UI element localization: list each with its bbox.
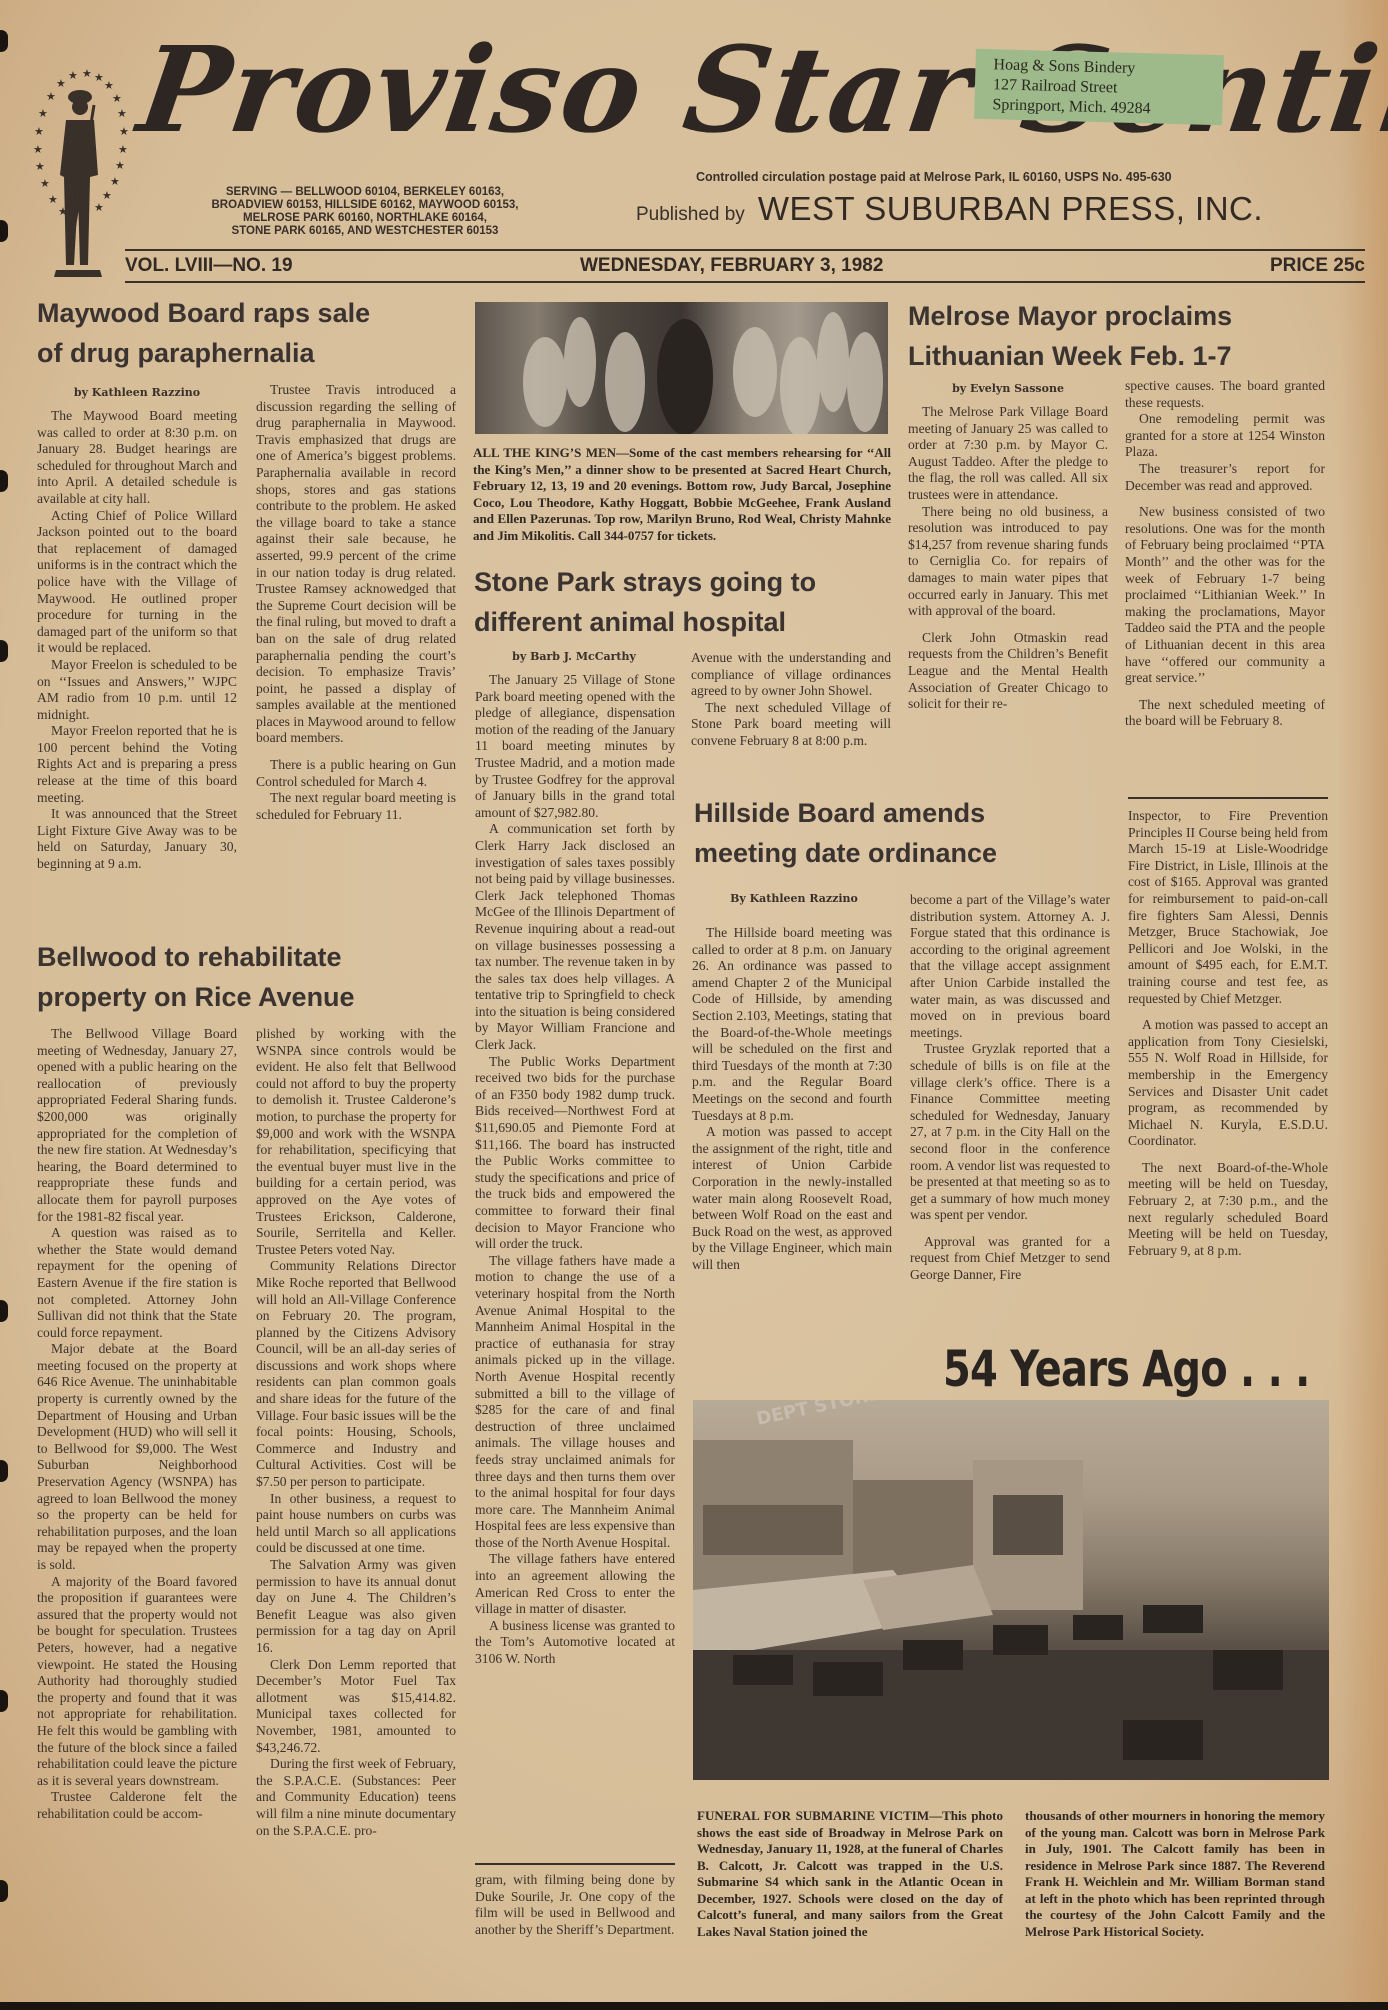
paragraph: The treasurer’s report for December was … [1125,461,1325,494]
paragraph: It was announced that the Street Light F… [37,806,237,872]
paragraph: A motion was passed to accept the assign… [692,1124,892,1273]
dateline: VOL. LVIII—NO. 19 WEDNESDAY, FEBRUARY 3,… [125,255,1365,281]
punch-hole [0,30,8,52]
paragraph: Acting Chief of Police Willard Jackson p… [37,508,237,657]
publisher-line: Published by WEST SUBURBAN PRESS, INC. [636,190,1336,228]
svg-text:★: ★ [117,107,127,120]
headline-line: of drug paraphernalia [37,333,457,373]
article-column: The Maywood Board meeting was called to … [37,408,237,873]
punch-hole [0,1300,8,1322]
article-column: become a part of the Village’s water dis… [910,892,1110,1284]
headline-line: meeting date ordinance [694,833,1114,873]
article-column: The Bellwood Village Board meeting of We… [37,1026,237,1823]
article-column: Trustee Travis introduced a discussion r… [256,382,456,823]
punch-hole [0,220,8,242]
article-column: The January 25 Village of Stone Park boa… [475,672,675,1668]
paragraph: Major debate at the Board meeting focuse… [37,1341,237,1573]
paragraph: There being no old business, a resolutio… [908,504,1108,620]
paragraph: Clerk Don Lemm reported that December’s … [256,1657,456,1757]
article-column: Avenue with the understanding and compli… [691,650,891,750]
punch-hole [0,1460,8,1482]
headline-line: property on Rice Avenue [37,977,457,1017]
published-by-label: Published by [636,204,745,225]
headline-line: Maywood Board raps sale [37,293,457,333]
headline: Melrose Mayor proclaims Lithuanian Week … [908,296,1348,376]
paragraph: During the first week of February, the S… [256,1756,456,1839]
svg-text:★: ★ [110,175,120,188]
svg-text:★: ★ [82,67,92,80]
paragraph: The next regular board meeting is schedu… [256,790,456,823]
svg-text:★: ★ [118,143,128,156]
headline-line: Bellwood to rehabilitate [37,937,457,977]
paragraph: Community Relations Director Mike Roche … [256,1258,456,1490]
serving-line: BROADVIEW 60153, HILLSIDE 60162, MAYWOOD… [180,199,550,212]
svg-text:★: ★ [56,77,66,90]
svg-text:★: ★ [33,143,43,156]
punch-hole [0,470,8,492]
paragraph: A question was raised as to whether the … [37,1225,237,1341]
paragraph: The January 25 Village of Stone Park boa… [475,672,675,821]
article-column: The Hillside board meeting was called to… [692,925,892,1273]
paragraph: The Bellwood Village Board meeting of We… [37,1026,237,1225]
headline-line: Melrose Mayor proclaims [908,296,1348,336]
byline: By Kathleen Razzino [694,892,894,905]
paragraph: The village fathers have entered into an… [475,1551,675,1617]
paragraph: The Public Works Department received two… [475,1054,675,1253]
issue-date: WEDNESDAY, FEBRUARY 3, 1982 [580,255,883,277]
serving-line: SERVING — BELLWOOD 60104, BERKELEY 60163… [180,186,550,199]
paragraph: Mayor Freelon reported that he is 100 pe… [37,723,237,806]
svg-text:★: ★ [115,159,125,172]
byline: by Evelyn Sassone [908,382,1108,395]
punch-hole [0,640,8,662]
serving-line: MELROSE PARK 60160, NORTHLAKE 60164, [180,212,550,225]
column-jump-rule [1128,797,1328,799]
paragraph: The Hillside board meeting was called to… [692,925,892,1124]
svg-text:★: ★ [40,177,50,190]
svg-text:★: ★ [34,125,44,138]
headline: Hillside Board amends meeting date ordin… [694,793,1114,873]
svg-text:★: ★ [68,69,78,82]
headline: Bellwood to rehabilitate property on Ric… [37,937,457,1017]
paragraph: Avenue with the understanding and compli… [691,650,891,700]
svg-text:★: ★ [46,90,56,103]
mailing-label-line: Springport, Mich. 49284 [992,95,1204,121]
svg-text:★: ★ [104,79,114,92]
page-bottom-edge [0,2002,1388,2010]
store-sign: DEPT STORE [755,1400,882,1430]
masthead-rule-bottom [125,281,1365,283]
serving-areas: SERVING — BELLWOOD 60104, BERKELEY 60163… [180,186,550,238]
feature-headline: 54 Years Ago . . . [943,1340,1310,1398]
paragraph: become a part of the Village’s water dis… [910,892,1110,1041]
photo-caption-right: thousands of other mourners in honoring … [1025,1808,1325,1940]
svg-text:★: ★ [48,193,58,206]
byline: by Barb J. McCarthy [474,650,674,663]
serving-line: STONE PARK 60165, AND WESTCHESTER 60153 [180,225,550,238]
headline-line: Lithuanian Week Feb. 1-7 [908,336,1348,376]
punch-hole [0,1690,8,1712]
volume-number: VOL. LVIII—NO. 19 [125,255,293,277]
paragraph: plished by working with the WSNPA since … [256,1026,456,1258]
paragraph: A motion was passed to accept an applica… [1128,1017,1328,1150]
paragraph: spective causes. The board granted these… [1125,378,1325,411]
paragraph: The Melrose Park Village Board meeting o… [908,404,1108,504]
paragraph: The Salvation Army was given permission … [256,1557,456,1657]
price: PRICE 25c [1270,255,1365,277]
photo-caption-left: FUNERAL FOR SUBMARINE VICTIM—This photo … [697,1808,1003,1940]
cast-photo [475,302,888,434]
paragraph: Inspector, to Fire Prevention Principles… [1128,808,1328,1007]
newspaper-page: ★★★ ★★★ ★★★ ★★★ ★★★ ★★★ ★★★ Proviso Star… [0,0,1388,2010]
paragraph: The Maywood Board meeting was called to … [37,408,237,508]
svg-text:★: ★ [94,201,104,214]
article-column: spective causes. The board granted these… [1125,378,1325,730]
publisher-name: WEST SUBURBAN PRESS, INC. [758,190,1263,227]
svg-text:★: ★ [94,71,104,84]
minuteman-with-stars-icon: ★★★ ★★★ ★★★ ★★★ ★★★ ★★★ ★★★ [30,65,130,285]
paragraph: New business consisted of two resolution… [1125,504,1325,687]
column-jump-rule [475,1863,675,1865]
paragraph: In other business, a request to paint ho… [256,1491,456,1557]
headline-line: different animal hospital [474,602,894,642]
paragraph: Trustee Gryzlak reported that a schedule… [910,1041,1110,1224]
svg-text:★: ★ [119,125,129,138]
article-column: plished by working with the WSNPA since … [256,1026,456,1839]
svg-text:★: ★ [112,92,122,105]
svg-text:★: ★ [38,107,48,120]
postage-notice: Controlled circulation postage paid at M… [696,170,1296,184]
mailing-label: Hoag & Sons Bindery 127 Railroad Street … [974,49,1224,125]
masthead-rule-top [125,249,1365,251]
paragraph: A communication set forth by Clerk Harry… [475,821,675,1053]
paragraph: gram, with filming being done by Duke So… [475,1872,675,1938]
paragraph: There is a public hearing on Gun Control… [256,757,456,790]
paragraph: Mayor Freelon is scheduled to be on ‘‘Is… [37,657,237,723]
article-column: gram, with filming being done by Duke So… [475,1872,675,1938]
punch-hole [0,1880,8,1902]
paragraph: Clerk John Otmaskin read requests from t… [908,630,1108,713]
paragraph: The next Board-of-the-Whole meeting will… [1128,1160,1328,1260]
svg-text:★: ★ [35,160,45,173]
headline-line: Stone Park strays going to [474,562,894,602]
headline: Maywood Board raps sale of drug parapher… [37,293,457,373]
article-column: The Melrose Park Village Board meeting o… [908,404,1108,713]
paragraph: The next scheduled meeting of the board … [1125,697,1325,730]
paragraph: Approval was granted for a request from … [910,1234,1110,1284]
paragraph: The next scheduled Village of Stone Park… [691,700,891,750]
article-column: Inspector, to Fire Prevention Principles… [1128,808,1328,1259]
paragraph: Trustee Travis introduced a discussion r… [256,382,456,747]
paragraph: The village fathers have made a motion t… [475,1253,675,1552]
byline: by Kathleen Razzino [37,386,237,399]
paragraph: A business license was granted to the To… [475,1618,675,1668]
headline-line: Hillside Board amends [694,793,1114,833]
paragraph: One remodeling permit was granted for a … [1125,411,1325,461]
paragraph: Trustee Calderone felt the rehabilitatio… [37,1789,237,1822]
headline: Stone Park strays going to different ani… [474,562,894,642]
paragraph: A majority of the Board favored the prop… [37,1574,237,1790]
historic-street-photo: DEPT STORE [693,1400,1329,1780]
photo-caption: ALL THE KING’S MEN—Some of the cast memb… [473,445,891,544]
